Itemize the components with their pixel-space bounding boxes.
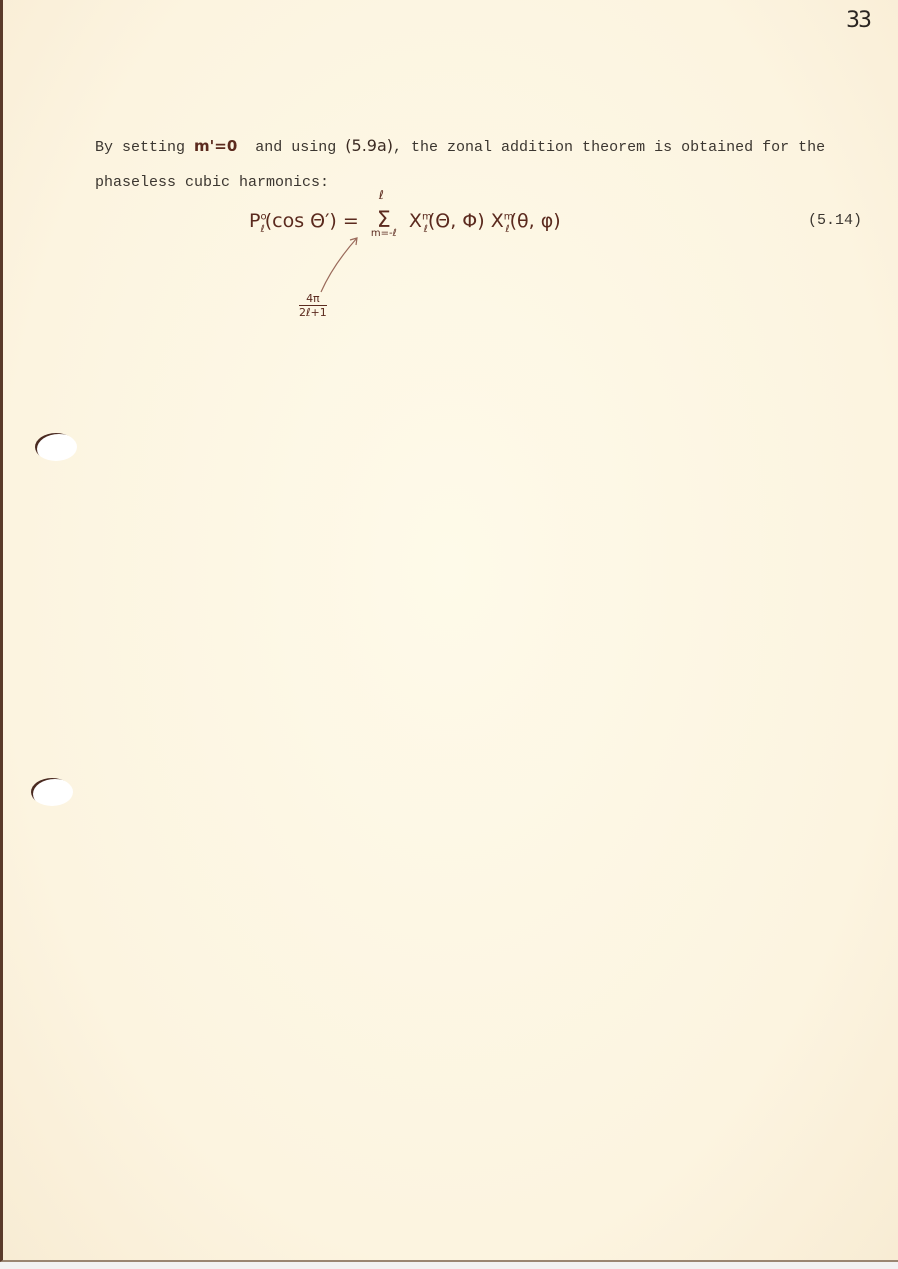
margin-annotation-fraction: 4π 2ℓ+1	[299, 292, 327, 319]
punch-hole	[31, 778, 73, 806]
page-number: 33	[846, 8, 870, 33]
legendre-p: Poℓ	[249, 210, 265, 232]
summation: ℓ Σ m=-ℓ	[369, 208, 399, 233]
document-page: 33 By setting m'=0 and using (5.9a), the…	[0, 0, 898, 1262]
lhs-argument: (cos Θ′)	[265, 210, 337, 232]
typed-text: and using	[237, 139, 345, 156]
handwritten-reference: (5.9a)	[345, 136, 393, 155]
annotation-arrow-icon	[313, 230, 373, 300]
paragraph-line-1: By setting m'=0 and using (5.9a), the zo…	[95, 136, 825, 156]
typed-text: By setting	[95, 139, 194, 156]
equation-5-14: Poℓ(cos Θ′) = ℓ Σ m=-ℓ Xmℓ(Θ, Φ) Xmℓ(θ, …	[249, 208, 561, 235]
harmonic-term-1: Xmℓ(Θ, Φ)	[409, 210, 485, 232]
handwritten-insert: m'=0	[194, 137, 237, 155]
harmonic-term-2: Xmℓ(θ, φ)	[491, 210, 561, 232]
paragraph-line-2: phaseless cubic harmonics:	[95, 174, 329, 191]
equation-number: (5.14)	[808, 212, 862, 229]
typed-text: , the zonal addition theorem is obtained…	[393, 139, 825, 156]
equals-sign: =	[343, 210, 359, 232]
punch-hole	[35, 433, 77, 461]
scan-border	[0, 1262, 898, 1269]
fraction-numerator: 4π	[299, 292, 327, 306]
fraction-denominator: 2ℓ+1	[299, 306, 327, 319]
